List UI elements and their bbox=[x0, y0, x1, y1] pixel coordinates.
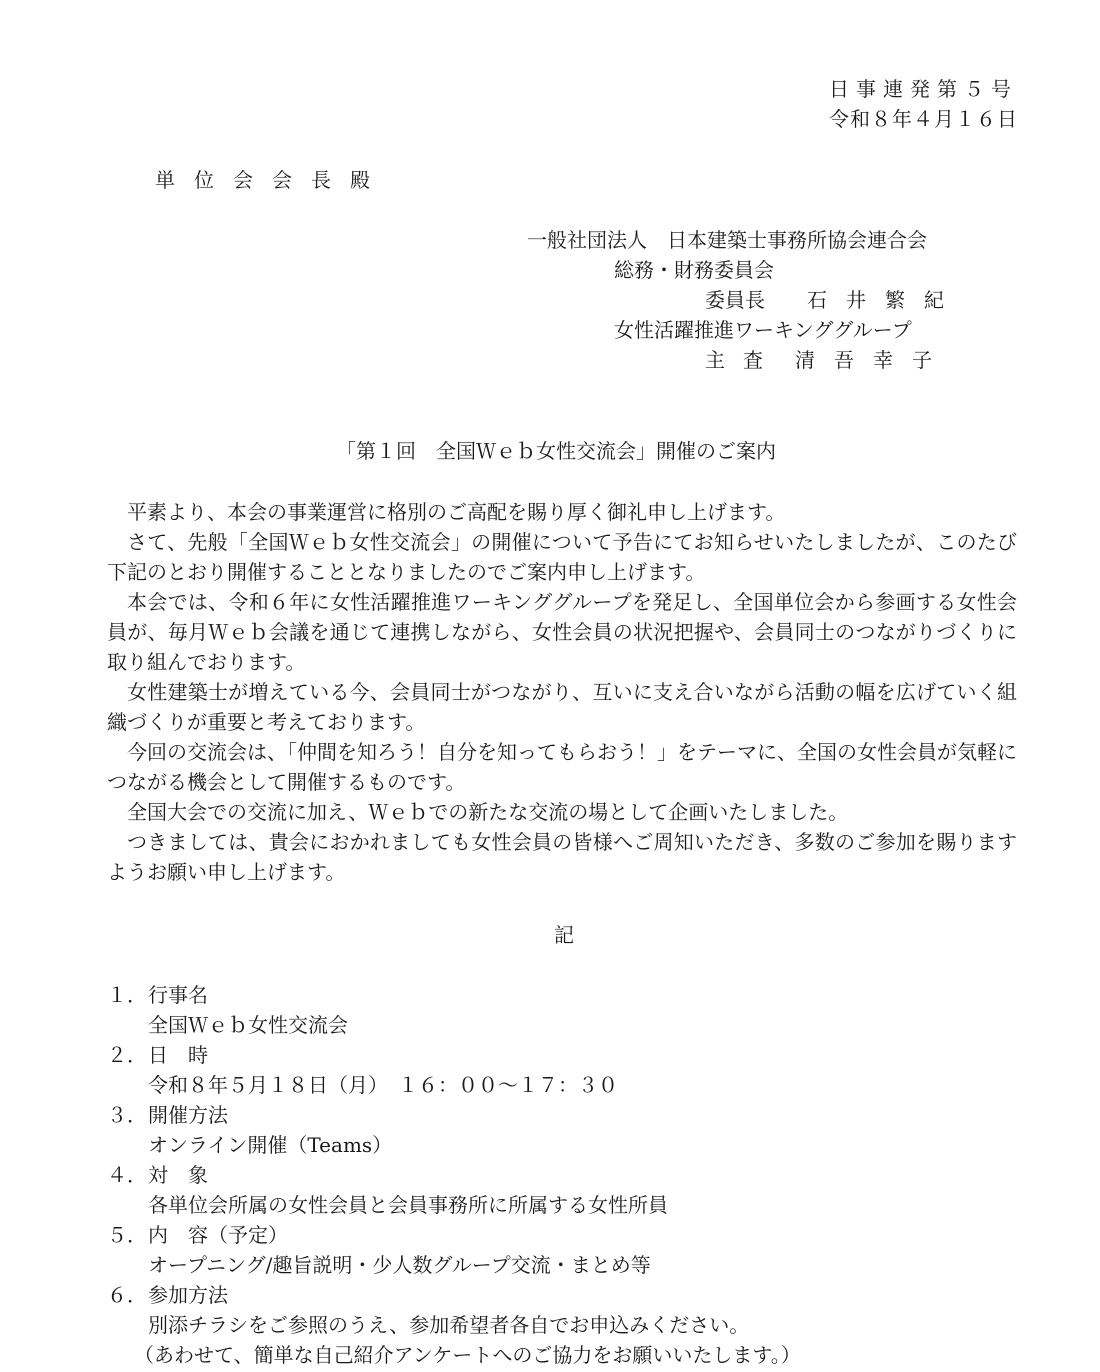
item-number: ２． bbox=[107, 1040, 148, 1070]
document-date: 令和８年４月１６日 bbox=[829, 104, 1018, 134]
item-number: ４． bbox=[107, 1160, 148, 1190]
sender-committee: 総務・財務委員会 bbox=[614, 255, 774, 285]
paragraph: 本会では、令和６年に女性活躍推進ワーキンググループを発足し、全国単位会から参画す… bbox=[107, 587, 1017, 677]
paragraph: 今回の交流会は、「仲間を知ろう！自分を知ってもらおう！」をテーマに、全国の女性会… bbox=[107, 737, 1017, 797]
document-number: 日事連発第５号 bbox=[829, 74, 1018, 104]
list-item: ６．参加方法 別添チラシをご参照のうえ、参加希望者各自でお申込みください。 （あ… bbox=[107, 1280, 1007, 1370]
item-body: 別添チラシをご参照のうえ、参加希望者各自でお申込みください。 bbox=[107, 1310, 1007, 1340]
item-number: ６． bbox=[107, 1280, 148, 1310]
item-body: 令和８年５月１８日（月） １６：００～１７：３０ bbox=[107, 1070, 1007, 1100]
item-heading: 対 象 bbox=[148, 1163, 208, 1187]
addressee: 単位会会長殿 bbox=[155, 165, 389, 195]
paragraph: 平素より、本会の事業運営に格別のご高配を賜り厚く御礼申し上げます。 bbox=[107, 497, 1017, 527]
document-title: 「第１回 全国Ｗｅｂ女性交流会」開催のご案内 bbox=[0, 436, 1100, 466]
item-note: （あわせて、簡単な自己紹介アンケートへのご協力をお願いいたします。） bbox=[107, 1340, 1007, 1370]
paragraph: 女性建築士が増えている今、会員同士がつながり、互いに支え合いながら活動の幅を広げ… bbox=[107, 677, 1017, 737]
body-text: 平素より、本会の事業運営に格別のご高配を賜り厚く御礼申し上げます。 さて、先般「… bbox=[107, 497, 1017, 887]
list-item: １．行事名 全国Ｗｅｂ女性交流会 bbox=[107, 980, 1007, 1040]
paragraph: 全国大会での交流に加え、Ｗｅｂでの新たな交流の場として企画いたしました。 bbox=[107, 797, 1017, 827]
item-body: オンライン開催（Teams） bbox=[107, 1130, 1007, 1160]
item-body: 各単位会所属の女性会員と会員事務所に所属する女性所員 bbox=[107, 1190, 1007, 1220]
item-number: １． bbox=[107, 980, 148, 1010]
lead-role: 主査 bbox=[705, 348, 781, 372]
sender-lead: 主査清吾幸子 bbox=[705, 345, 951, 375]
item-heading: 参加方法 bbox=[148, 1283, 228, 1307]
item-number: ３． bbox=[107, 1100, 148, 1130]
sender-organization: 一般社団法人 日本建築士事務所協会連合会 bbox=[527, 225, 927, 255]
details-list: １．行事名 全国Ｗｅｂ女性交流会 ２．日 時 令和８年５月１８日（月） １６：０… bbox=[107, 980, 1007, 1370]
sender-chair: 委員長石井繁紀 bbox=[705, 285, 963, 315]
item-heading: 開催方法 bbox=[148, 1103, 228, 1127]
chair-role: 委員長 bbox=[705, 288, 765, 312]
list-item: ２．日 時 令和８年５月１８日（月） １６：００～１７：３０ bbox=[107, 1040, 1007, 1100]
paragraph: つきましては、貴会におかれましても女性会員の皆様へご周知いただき、多数のご参加を… bbox=[107, 827, 1017, 887]
item-body: 全国Ｗｅｂ女性交流会 bbox=[107, 1010, 1007, 1040]
sender-working-group: 女性活躍推進ワーキンググループ bbox=[614, 315, 912, 345]
list-item: ４．対 象 各単位会所属の女性会員と会員事務所に所属する女性所員 bbox=[107, 1160, 1007, 1220]
ki-label: 記 bbox=[0, 920, 1100, 950]
item-heading: 日 時 bbox=[148, 1043, 208, 1067]
item-body: オープニング/趣旨説明・少人数グループ交流・まとめ等 bbox=[107, 1250, 1007, 1280]
paragraph: さて、先般「全国Ｗｅｂ女性交流会」の開催について予告にてお知らせいたしましたが、… bbox=[107, 527, 1017, 587]
item-heading: 行事名 bbox=[148, 983, 208, 1007]
item-number: ５． bbox=[107, 1220, 148, 1250]
item-heading: 内 容（予定） bbox=[148, 1223, 288, 1247]
list-item: ５．内 容（予定） オープニング/趣旨説明・少人数グループ交流・まとめ等 bbox=[107, 1220, 1007, 1280]
list-item: ３．開催方法 オンライン開催（Teams） bbox=[107, 1100, 1007, 1160]
lead-name: 清吾幸子 bbox=[795, 348, 951, 372]
chair-name: 石井繁紀 bbox=[807, 288, 963, 312]
